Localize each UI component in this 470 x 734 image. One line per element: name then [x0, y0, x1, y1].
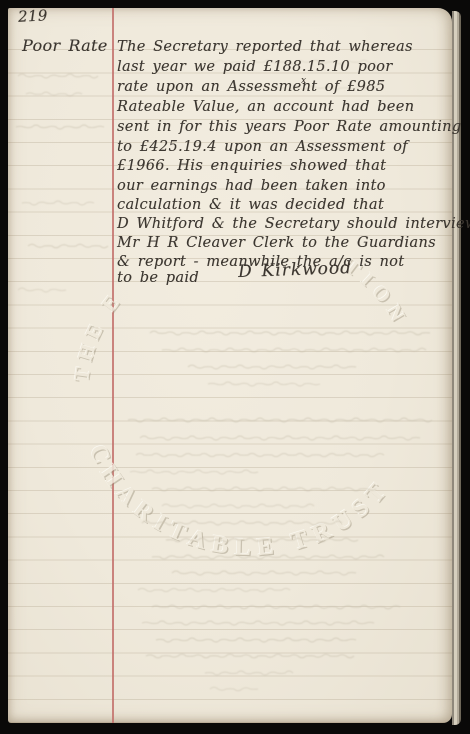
- bleed-through-line: [136, 453, 384, 456]
- bleed-through-line: [162, 348, 426, 352]
- bleed-through-line: [22, 201, 94, 205]
- bleed-through-line: [18, 74, 98, 78]
- handwritten-line: sent in for this years Poor Rate amounti…: [117, 119, 457, 139]
- margin-heading: Poor Rate: [22, 36, 108, 55]
- handwritten-line: Rateable Value, an account had been: [117, 99, 457, 119]
- watermark-bottom-fill: CHARITABLE TRUST: [84, 440, 396, 561]
- bleed-through-line: [26, 92, 82, 96]
- bleed-through-line: [146, 654, 354, 658]
- bleed-through-line: [18, 288, 66, 292]
- bleed-through-line: [156, 638, 356, 642]
- bleed-through-line: [210, 687, 258, 691]
- handwritten-line: The Secretary reported that whereas: [117, 39, 457, 59]
- bleed-through-line: [142, 621, 374, 625]
- insertion-mark: x: [301, 76, 306, 86]
- handwritten-line: our earnings had been taken into: [117, 178, 457, 198]
- page-number: 219: [18, 6, 49, 26]
- bleed-through-line: [140, 436, 420, 440]
- bleed-through-line: [152, 487, 376, 491]
- svg-text:THE E: THE E: [69, 286, 128, 383]
- svg-text:CHARITABLE TRUST: CHARITABLE TRUST: [84, 440, 396, 561]
- handwritten-line: Mr H R Cleaver Clerk to the Guardians: [117, 235, 457, 255]
- bleed-through-line: [172, 571, 356, 575]
- bleed-through-line: [138, 588, 290, 591]
- bleed-through-line: [16, 125, 104, 129]
- handwritten-line: to £425.19.4 upon an Assessment of: [117, 139, 457, 159]
- handwritten-line: D Whitford & the Secretary should interv…: [117, 216, 457, 236]
- bleed-through-line: [152, 605, 400, 609]
- watermark-top-left-fill: THE E: [69, 286, 128, 383]
- bleed-through-line: [128, 418, 432, 422]
- bleed-through-line: [162, 504, 314, 508]
- bleed-through-line: [130, 470, 258, 474]
- signature: D Kirkwood: [238, 258, 353, 282]
- bleed-through-line: [150, 331, 430, 335]
- bleed-through-line: [28, 244, 108, 248]
- handwritten-line: calculation & it was decided that: [117, 197, 457, 217]
- bleed-through-line: [205, 671, 293, 675]
- bleed-through-line: [208, 382, 320, 386]
- bleed-through-line: [188, 365, 356, 369]
- handwritten-line: £1966. His enquiries showed that: [117, 158, 457, 178]
- handwritten-line: last year we paid £188.15.10 poor: [117, 59, 457, 79]
- embossed-watermark: THE E TION CHARITABLE TRUST THE E TION C…: [69, 253, 415, 562]
- handwritten-line: rate upon an Assessment of £985: [117, 79, 457, 99]
